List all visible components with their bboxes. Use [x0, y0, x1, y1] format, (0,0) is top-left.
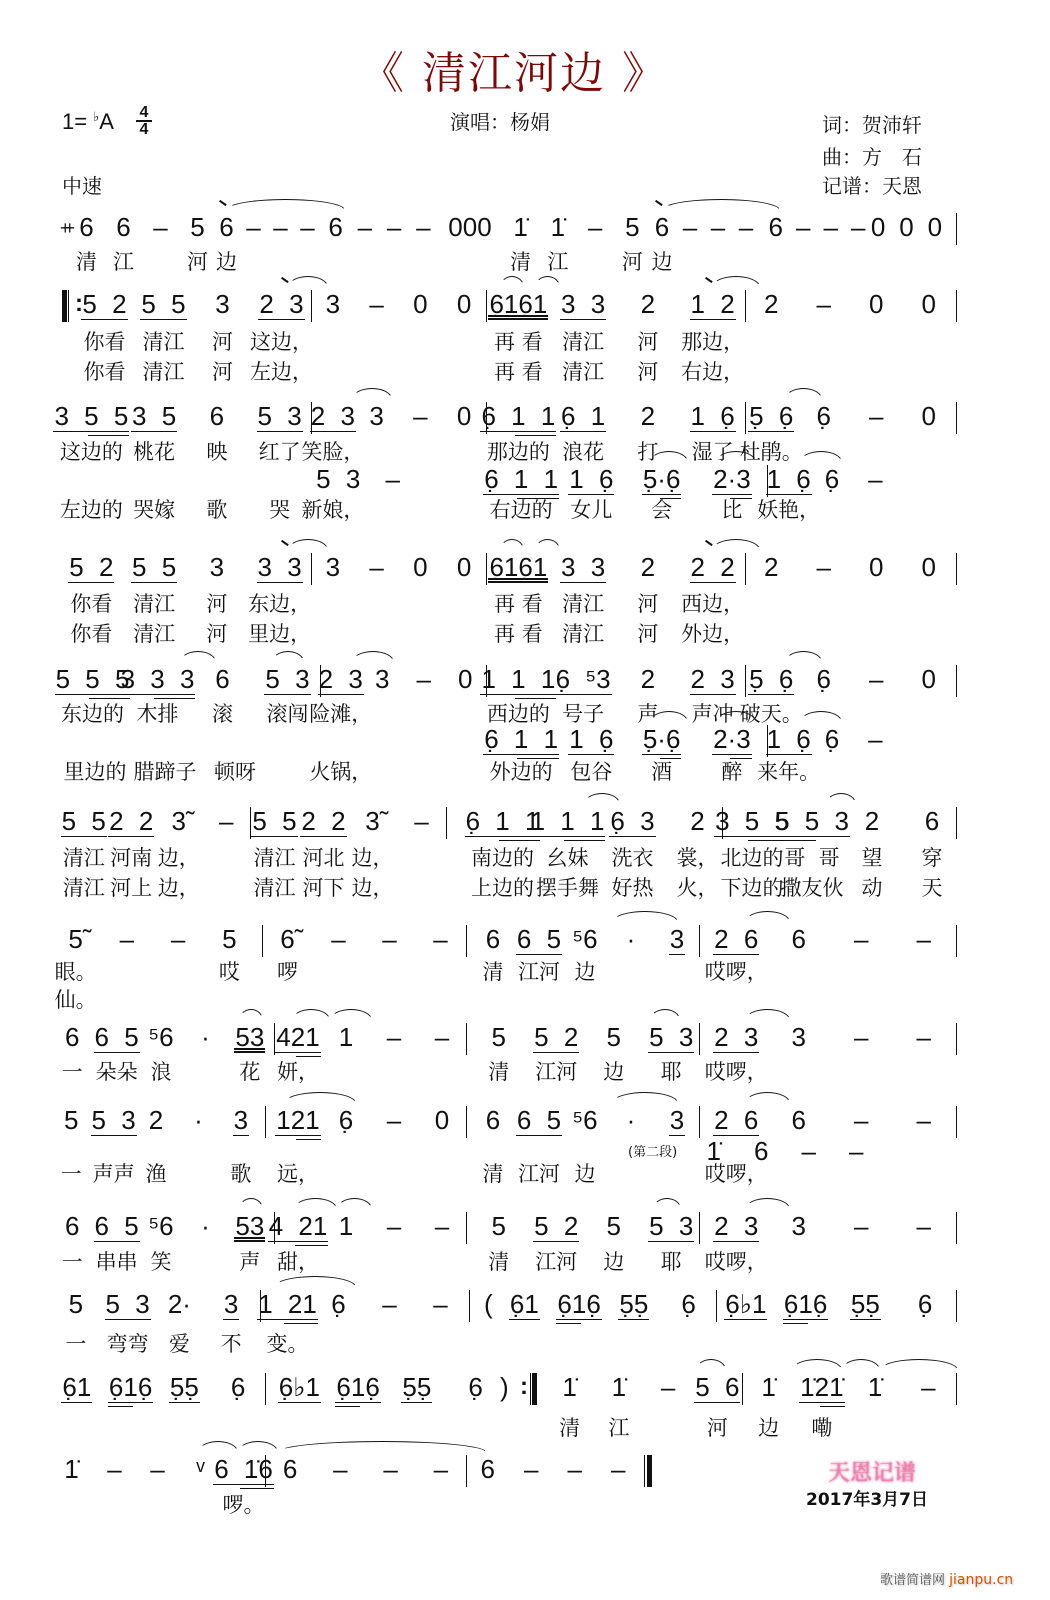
note-group: ⁵6 — [571, 925, 598, 955]
lyric-syllable: 左边， — [250, 358, 313, 386]
measure: 2 33–– — [705, 1023, 955, 1053]
lyric-cell — [903, 700, 956, 728]
beat: 5 3 — [643, 1023, 701, 1053]
lyric-syllable: 清江 — [562, 328, 604, 356]
note-group: 1 6̣ — [568, 725, 614, 755]
lyric-cell — [415, 958, 466, 986]
measure: 6̣♭16̣16̣5̣5̣6̣ — [716, 1290, 955, 1320]
lyric-syllable: 再 看 — [494, 358, 543, 386]
beat: 3 — [362, 665, 404, 695]
measure: 1 6̣6̣– — [767, 465, 897, 495]
note-group: ⁵6 — [147, 1212, 174, 1242]
beat: ⁵6 — [562, 925, 608, 955]
lyric-cell — [418, 1160, 466, 1188]
lyric-cell: 这边， — [252, 328, 311, 356]
lyric-measure: 左边的哭嫁歌哭 — [60, 496, 311, 524]
notes-row: 5 25 532 33–006̣16̣13 321 22–00 — [0, 290, 1050, 320]
note-group: – — [385, 465, 401, 495]
notes-row: 5 25 533 33–006̣16̣13 322 22–00 — [0, 553, 1050, 583]
note-group: 6̣ 1 — [560, 402, 606, 432]
beat: · — [183, 1212, 227, 1242]
lyric-measure: 变。 — [262, 1330, 466, 1358]
note-group: 6̣ 1 1 — [480, 402, 556, 432]
beat: · — [608, 925, 654, 955]
lyric-syllable: 望 — [862, 844, 883, 872]
lyric-cell: 北边的 — [722, 844, 782, 872]
lyric-cell: 洗衣 — [600, 844, 665, 872]
measure: 5 25 532 3 — [75, 290, 311, 320]
lyric-cell: 边， — [155, 874, 203, 902]
lyric-cell: 再 看 — [486, 328, 551, 356]
lyric-cell — [849, 1414, 902, 1442]
lyric-cell — [810, 496, 853, 524]
beat: 5 3 — [255, 665, 320, 695]
notes-row: 5 52 23̃–5 52 23̃–6̣ 1 11 1 16̣ 323 5 55… — [0, 807, 1050, 837]
measure: 6––– — [762, 213, 872, 243]
beat: 2·3 — [697, 725, 767, 755]
lyric-syllable: 里边， — [248, 620, 311, 648]
beat: 6 — [68, 213, 105, 243]
slur-arc — [653, 1198, 681, 1209]
single-barline — [716, 1290, 717, 1322]
measure: 3 5 55 5 326 — [722, 807, 962, 837]
single-barline — [486, 665, 487, 697]
lyric-syllable: 醉 — [721, 758, 742, 786]
measure: 5 25 533 3 — [60, 553, 311, 583]
lyric-syllable: 边 — [575, 958, 596, 986]
lyric-cell — [403, 700, 445, 728]
beat: 0 — [903, 665, 956, 695]
measure: 2–00 — [745, 553, 955, 583]
slur-arc — [785, 651, 822, 662]
lyric-syllable: 你看 — [70, 620, 112, 648]
beat: 6 — [213, 213, 240, 243]
note-group: 5 5 — [140, 290, 186, 320]
note-group: – — [916, 925, 932, 955]
lyric-cell: 摆手舞 — [535, 874, 600, 902]
lyric-syllable: 爱 — [169, 1330, 190, 1358]
lyric-measure: 边 — [213, 248, 321, 276]
beat: 5̣ 6̣ — [745, 665, 798, 695]
beat: 2 — [616, 665, 681, 695]
lyric-cell: 边 — [213, 248, 240, 276]
beat: 5 3 — [311, 465, 366, 495]
lyric-measure: 一弯弯爱不 — [50, 1330, 257, 1358]
beat: 6̣ ⁵3 — [551, 665, 616, 695]
lyric-cell: 浪 — [139, 1058, 183, 1086]
measure: 55 32·3 — [50, 1106, 262, 1136]
lyric-syllable: 撒友伙 — [781, 874, 844, 902]
beat: 6 — [186, 402, 249, 432]
lyric-cell — [654, 1160, 700, 1188]
lyric-syllable: 右边的 — [490, 496, 553, 524]
note-group: – — [332, 1455, 348, 1485]
note-group: 0 — [868, 553, 884, 583]
lyric-measure: 里边的腊蹄子顿呀 — [60, 758, 340, 786]
beat: – — [380, 213, 409, 243]
slur-arc — [288, 539, 328, 550]
lyric-measure: 甜， — [274, 1248, 466, 1276]
lyric-cell: 里边， — [248, 620, 311, 648]
beat: 0 — [864, 213, 892, 243]
lyric-cell: 河上 — [108, 874, 156, 902]
beat: 3 — [311, 553, 355, 583]
beat: 6̣ 1 1 — [486, 402, 551, 432]
lyric-measure: 边 — [648, 248, 760, 276]
lyric-measure: 右边的女儿会比 — [486, 496, 767, 524]
beat: · — [608, 1106, 654, 1136]
lyric-cell: 一 — [50, 1058, 94, 1086]
beat: 6̣ 1 1 — [486, 725, 556, 755]
lyric-syllable: 边 — [603, 1248, 624, 1276]
note-group: – — [710, 213, 726, 243]
beat: 6 — [902, 807, 962, 837]
final-barline — [644, 1455, 652, 1487]
beat: 2 3 — [252, 290, 311, 320]
lyric-cell: 滚 — [190, 700, 255, 728]
lyric-measure: 你看清江河里边， — [60, 620, 311, 648]
measure: 5̣ 6̣6̣–0 — [745, 665, 955, 695]
lyric-cell: 边， — [155, 844, 203, 872]
note-group: – — [916, 1106, 932, 1136]
lyric-syllable: 清江 — [143, 328, 185, 356]
note-group: 1 2 — [690, 290, 736, 320]
lyric-measure: 哎啰， — [705, 1248, 955, 1276]
lyric-cell: 东边， — [248, 590, 311, 618]
note-group: 6̣ 3 — [609, 807, 655, 837]
beat: 6 — [648, 213, 676, 243]
beat: – — [355, 290, 399, 320]
measure: 66 5⁵6·53 — [50, 1023, 272, 1053]
note-group: – — [357, 213, 373, 243]
note-group: 6 — [791, 1106, 807, 1136]
note-group: 5̣5̣ — [618, 1290, 649, 1320]
note-group: 5̣5̣ — [169, 1373, 200, 1403]
lyric-cell: 耶 — [643, 1058, 701, 1086]
lyric-cell: 清 — [470, 1058, 528, 1086]
lyric-measure: 清江河边耶 — [470, 1248, 700, 1276]
lyric-cell: 清江 — [551, 358, 616, 386]
beat: 1̇ — [545, 1373, 594, 1403]
beat: 5 — [585, 1023, 643, 1053]
note-group: – — [218, 807, 234, 837]
note-group: 2 — [640, 290, 656, 320]
beat: 6 — [768, 1106, 831, 1136]
beat: – — [577, 213, 614, 243]
single-barline — [274, 1212, 275, 1244]
note-group: – — [119, 925, 135, 955]
site-watermark: 歌谱简谱网 jianpu.cn — [880, 1570, 1013, 1591]
measure: 4 211–– — [274, 1212, 466, 1242]
note-group: 5̣·6̣ — [642, 465, 682, 495]
lyric-cell — [893, 1160, 956, 1188]
beat: 1̇ — [742, 1373, 795, 1403]
beat: – — [370, 1023, 418, 1053]
lyric-cell: 哭嫁 — [123, 496, 186, 524]
lyric-cell — [203, 844, 251, 872]
lyric-cell: 清江 — [551, 328, 616, 356]
lyric-syllable: 河 — [206, 590, 227, 618]
beat: – — [416, 1455, 466, 1485]
lyric-cell — [830, 1058, 893, 1086]
beat: 6 — [265, 1455, 315, 1485]
measure: 2 33–– — [705, 1212, 955, 1242]
note-group: 1̇21̇ — [799, 1373, 844, 1403]
single-barline — [466, 1023, 467, 1055]
lyric-cell — [830, 958, 893, 986]
lyric-syllable: 你看 — [84, 328, 126, 356]
beat: 421 — [274, 1023, 322, 1053]
lyric-cell — [322, 1058, 370, 1086]
lyric-cell — [415, 1330, 466, 1358]
beat: 3 — [654, 1106, 700, 1136]
single-barline — [956, 213, 957, 245]
beat: 1 1 1 — [535, 807, 600, 837]
lyric-cell: 清 — [470, 1160, 516, 1188]
lyric-measure: 清江河下边， — [250, 874, 446, 902]
lyric-cell — [399, 438, 443, 466]
single-barline — [265, 1455, 266, 1487]
lyric-cell: 江河 — [528, 1248, 586, 1276]
lyric-syllable: 边， — [352, 844, 394, 872]
note-group: 53 — [234, 1023, 265, 1053]
lyric-measure: 清江河南边， — [60, 844, 250, 872]
slur-arc — [535, 539, 560, 550]
note-group: 6̣16̣1 — [488, 553, 548, 583]
lyric-cell: 啰。 — [222, 1491, 265, 1519]
note-group: – — [816, 553, 832, 583]
lyric-measure: 边嘞 — [742, 1414, 955, 1442]
measure: 5 5 53 3 365 3 — [60, 665, 320, 695]
beat: – — [817, 213, 845, 243]
note-group: – — [106, 1455, 122, 1485]
lyric-measure: 外边的包谷酒醉 — [486, 758, 767, 786]
beat: 5 — [470, 1212, 528, 1242]
lyric-syllable: 右边， — [681, 358, 744, 386]
note-group: 6 — [64, 1212, 80, 1242]
beat: 6 5 — [94, 1023, 138, 1053]
measure: 6––– — [466, 1455, 640, 1485]
lyric-cell — [364, 958, 415, 986]
lyric-syllable: 清 — [483, 1160, 504, 1188]
beat: 0 — [892, 213, 920, 243]
lyric-cell: 女儿 — [556, 496, 626, 524]
beat: – — [409, 213, 438, 243]
paren-mark: ) — [500, 1373, 509, 1401]
lyric-syllable: 再 看 — [494, 328, 543, 356]
lyric-cell: 顿呀 — [200, 758, 270, 786]
lyric-syllable: 河 — [637, 620, 658, 648]
beat: 2 2 — [680, 553, 745, 583]
note-group: – — [433, 1455, 449, 1485]
beat: 2 — [745, 290, 798, 320]
lyrics-row: 清江河南边，清江河北边，南边的幺妹洗衣裳，北边的哥 哥望穿 — [0, 844, 1050, 872]
single-barline — [466, 1455, 467, 1487]
lyric-cell: 河 — [616, 620, 681, 648]
lyric-cell — [101, 986, 152, 1014]
beat: 3 — [355, 402, 399, 432]
single-barline — [250, 807, 251, 839]
lyric-syllable: 清 — [76, 248, 97, 276]
beat: 2 3 — [680, 665, 745, 695]
lyric-cell — [676, 248, 704, 276]
beat: 5 — [614, 213, 651, 243]
lyrics-row: 一串串笑声甜，清江河边耶哎啰， — [0, 1248, 1050, 1276]
note-group: 3 — [214, 290, 230, 320]
lyric-cell — [445, 700, 487, 728]
lyric-cell — [854, 758, 897, 786]
lyric-cell — [322, 1248, 370, 1276]
beat: 1 — [322, 1023, 370, 1053]
slur-arc — [500, 276, 524, 287]
slur-arc — [284, 1092, 356, 1103]
notes-row: 66–56–––6–––0001̇1̇–56–––6–––000++ — [0, 213, 1050, 243]
slur-arc — [792, 1359, 842, 1370]
note-group: – — [386, 213, 402, 243]
note-group: 2 6 — [713, 925, 759, 955]
lyric-syllable: 映 — [206, 438, 227, 466]
lyric-syllable: 河 — [637, 358, 658, 386]
lyric-syllable: 江河 — [535, 1058, 577, 1086]
lyric-cell — [313, 958, 364, 986]
lyric-syllable: 河 — [206, 620, 227, 648]
single-barline — [486, 553, 487, 585]
note-group: 6̣16̣ — [108, 1373, 153, 1403]
note-group: 3 5 5 — [53, 402, 129, 432]
lyric-cell — [355, 496, 399, 524]
lyric-cell: 那边， — [680, 328, 745, 356]
lyric-measure: 再 看清江河西边， — [486, 590, 745, 618]
score: 66–56–––6–––0001̇1̇–56–––6–––000++清江河边清江… — [0, 0, 1050, 1600]
lyric-cell — [240, 248, 267, 276]
note-group: – — [867, 465, 883, 495]
lyric-cell: 啰 — [262, 958, 313, 986]
lyric-syllable: 边， — [158, 844, 200, 872]
note-group: 3 — [233, 1106, 249, 1136]
beat: 5 2 — [60, 553, 123, 583]
lyric-cell: 河 — [616, 328, 681, 356]
beat: – — [203, 807, 251, 837]
beat: – — [830, 1106, 893, 1136]
beat: – — [893, 1023, 956, 1053]
lyrics-row: 清江河上边，清江河下边，上边的摆手舞好热火，下边的撒友伙动天 — [0, 874, 1050, 902]
beat: ⁵6 — [139, 1023, 183, 1053]
slur-arc — [278, 1441, 486, 1452]
lyric-cell: 映 — [186, 438, 249, 466]
beat: 3 — [768, 1023, 831, 1053]
single-barline — [956, 402, 957, 434]
lyrics-row: 一朵朵浪花妍，清江河边耶哎啰， — [0, 1058, 1050, 1086]
beat: 6̣ — [798, 665, 851, 695]
measure: 2 33–0 — [320, 665, 486, 695]
beat: 6 — [105, 213, 142, 243]
lyric-syllable: 清 — [483, 958, 504, 986]
lyric-syllable: 清江 — [562, 620, 604, 648]
lyric-cell: 清 — [470, 1248, 528, 1276]
slur-arc — [239, 1198, 263, 1209]
note-group: 0 — [457, 665, 473, 695]
note-group: – — [853, 925, 869, 955]
note-group: 3 — [325, 290, 341, 320]
lyric-cell: 弯弯 — [102, 1330, 154, 1358]
lyric-syllable: 清 — [488, 1058, 509, 1086]
lyric-measure: 一串串笑声 — [50, 1248, 272, 1276]
lyric-syllable: 这边的 — [60, 438, 123, 466]
measure: 6̣16̣13 322 2 — [486, 553, 745, 583]
single-barline — [767, 465, 768, 497]
note-group: 0 — [921, 665, 937, 695]
note-group: 6 — [791, 925, 807, 955]
beat: 6 — [470, 1106, 516, 1136]
note-group: 2 — [640, 402, 656, 432]
lyric-cell: 你看 — [75, 328, 134, 356]
lyric-measure: 那边的浪花打湿了 — [486, 438, 745, 466]
lyric-syllable: 江河 — [518, 958, 560, 986]
note-group: – — [149, 1455, 165, 1485]
lyric-cell — [153, 958, 204, 986]
beat: 6̣ 3 — [600, 807, 665, 837]
lyric-cell: 边 — [585, 1058, 643, 1086]
lyrics-row: 你看清江河里边，再 看清江河外边， — [0, 620, 1050, 648]
note-group: 5̣·6̣ — [642, 725, 682, 755]
lyric-cell: 清江 — [134, 358, 193, 386]
lyric-measure: 火锅， — [320, 758, 486, 786]
beat: – — [553, 1455, 597, 1485]
beat: 5̃ — [50, 925, 101, 955]
note-group: – — [152, 213, 168, 243]
note-group: 1 6̣ — [568, 465, 614, 495]
note-group: 6̣1 — [509, 1290, 540, 1320]
lyric-syllable: 边， — [158, 874, 200, 902]
note-group: 1̇ — [561, 1373, 577, 1403]
lyric-cell: 哎 — [204, 958, 255, 986]
site-name: 歌谱简谱网 — [880, 1573, 945, 1588]
site-domain: jianpu.cn — [949, 1572, 1013, 1588]
lyric-cell: 清江 — [551, 620, 616, 648]
notes-row: 5 5 53 3 365 32 33–01 1 16̣ ⁵322 35̣ 6̣6… — [0, 665, 1050, 695]
measure: 3–00 — [311, 553, 486, 583]
measure: 6̣ 1 11 6̣5̣·6̣2·3 — [486, 465, 767, 495]
lyric-cell: 动 — [842, 874, 902, 902]
lyric-syllable: 洗衣 — [612, 844, 654, 872]
note-group: 2 — [640, 553, 656, 583]
lyric-syllable: 滚闯 — [267, 700, 309, 728]
lyric-cell: 爱 — [154, 1330, 206, 1358]
note-group: 2 3 — [258, 290, 304, 320]
note-group: – — [386, 1023, 402, 1053]
note-group: 6 — [327, 213, 343, 243]
lyric-cell — [902, 1414, 955, 1442]
lyric-syllable: 北边的 — [721, 844, 784, 872]
beat: – — [893, 925, 956, 955]
beat: 5̣·6̣ — [627, 725, 697, 755]
lyric-measure: 东边的木排滚滚闯 — [60, 700, 320, 728]
note-group: 6 — [214, 665, 230, 695]
note-group: 5 3 — [264, 665, 310, 695]
note-group: 6 5 — [516, 925, 562, 955]
lyric-measure: 笑脸， — [311, 438, 486, 466]
lyric-cell: 撒友伙 — [782, 874, 842, 902]
measure: 1 216̣–– — [262, 1290, 466, 1320]
lyric-cell: 木排 — [125, 700, 190, 728]
single-barline — [260, 1290, 261, 1322]
note-group: 3 — [368, 402, 384, 432]
note-group: 2·3 — [712, 465, 752, 495]
lyric-cell: 南边的 — [470, 844, 535, 872]
lyric-cell: 河 — [193, 358, 252, 386]
lyric-cell — [153, 986, 204, 1014]
note-group: 6 — [64, 1023, 80, 1053]
